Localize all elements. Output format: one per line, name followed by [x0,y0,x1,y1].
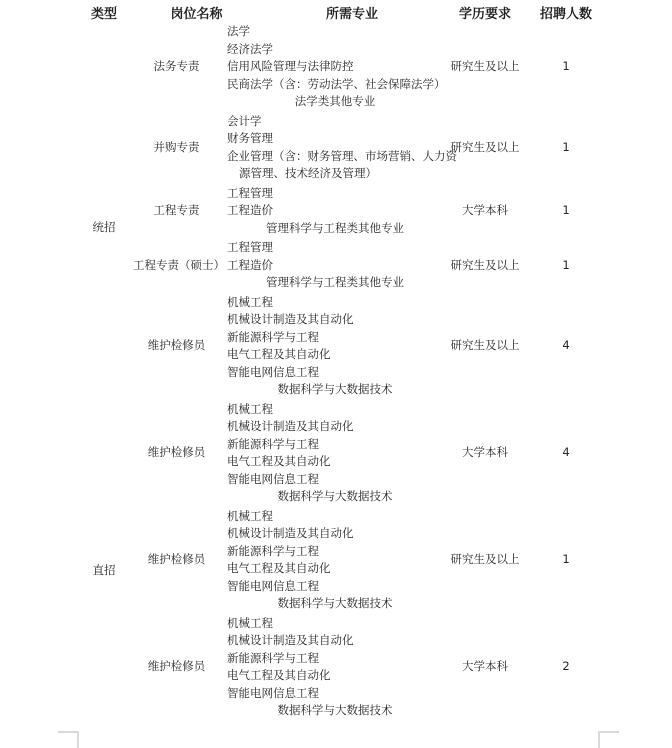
major-line: 管理科学与工程类其他专业 [220,220,450,238]
education-cell: 研究生及以上 [450,238,520,293]
column-header-education: 学历要求 [450,2,520,22]
major-line: 工程造价 [220,257,450,275]
count-cell: 1 [520,112,612,184]
major-line: 机械工程 [220,401,450,419]
majors-cell: 机械工程 机械设计制造及其自动化 新能源科学与工程 电气工程及其自动化 智能电网… [220,507,450,614]
major-line: 新能源科学与工程 [220,543,450,561]
count-cell: 4 [520,293,612,400]
education-cell: 研究生及以上 [450,507,520,614]
table-row: 统招 法务专责 法学 经济法学 信用风险管理与法律防控 民商法学（含：劳动法学、… [75,22,612,112]
count-cell: 2 [520,614,612,721]
major-line: 智能电网信息工程 [220,471,450,489]
major-line: 机械设计制造及其自动化 [220,418,450,436]
majors-cell: 机械工程 机械设计制造及其自动化 新能源科学与工程 电气工程及其自动化 智能电网… [220,614,450,721]
column-header-education-label: 学历要求 [459,7,511,22]
count-cell: 1 [520,238,612,293]
education-cell: 研究生及以上 [450,112,520,184]
column-header-count-label: 招聘人数 [540,7,592,22]
section-label: 统招 [75,219,133,237]
major-line: 电气工程及其自动化 [220,560,450,578]
major-line: 财务管理 [220,130,450,148]
majors-cell: 工程管理 工程造价 管理科学与工程类其他专业 [220,184,450,239]
major-line: 新能源科学与工程 [220,650,450,668]
majors-cell: 法学 经济法学 信用风险管理与法律防控 民商法学（含：劳动法学、社会保障法学） … [220,22,450,112]
column-header-count: 招聘人数 [520,2,612,22]
major-line: 新能源科学与工程 [220,436,450,454]
major-line: 法学 [220,23,450,41]
major-line: 会计学 [220,113,450,131]
major-line: 机械设计制造及其自动化 [220,311,450,329]
education-cell: 研究生及以上 [450,22,520,112]
major-line: 数据科学与大数据技术 [220,595,450,613]
majors-cell: 机械工程 机械设计制造及其自动化 新能源科学与工程 电气工程及其自动化 智能电网… [220,400,450,507]
recruitment-table: 类型 岗位名称 所需专业 学历要求 招聘人数 统招 法务专责 法学 经济法学 信… [75,2,612,721]
position-cell: 并购专责 [133,112,220,184]
major-line: 民商法学（含：劳动法学、社会保障法学） [220,76,450,94]
column-header-majors: 所需专业 [220,2,450,22]
education-cell: 研究生及以上 [450,293,520,400]
table-row: 维护检修员 机械工程 机械设计制造及其自动化 新能源科学与工程 电气工程及其自动… [75,293,612,400]
table-header-row: 类型 岗位名称 所需专业 学历要求 招聘人数 [75,2,612,22]
column-header-majors-label: 所需专业 [326,7,378,22]
education-cell: 大学本科 [450,400,520,507]
table-row: 维护检修员 机械工程 机械设计制造及其自动化 新能源科学与工程 电气工程及其自动… [75,400,612,507]
major-line: 工程造价 [220,202,450,220]
table-row: 工程专责（硕士） 工程管理 工程造价 管理科学与工程类其他专业 研究生及以上 1 [75,238,612,293]
major-line: 电气工程及其自动化 [220,453,450,471]
major-line: 企业管理（含：财务管理、市场营销、人力资 [220,148,450,166]
document-page: 类型 岗位名称 所需专业 学历要求 招聘人数 统招 法务专责 法学 经济法学 信… [0,0,672,748]
majors-cell: 会计学 财务管理 企业管理（含：财务管理、市场营销、人力资 源管理、技术经济及管… [220,112,450,184]
education-cell: 大学本科 [450,614,520,721]
column-header-type: 类型 [75,2,133,22]
major-line: 数据科学与大数据技术 [220,488,450,506]
major-line: 智能电网信息工程 [220,364,450,382]
major-line: 机械工程 [220,615,450,633]
position-cell: 工程专责（硕士） [133,238,220,293]
major-line: 源管理、技术经济及管理） [220,165,450,183]
column-header-type-label: 类型 [91,7,117,22]
position-cell: 法务专责 [133,22,220,112]
majors-cell: 工程管理 工程造价 管理科学与工程类其他专业 [220,238,450,293]
column-header-position: 岗位名称 [133,2,220,22]
next-page-corner-mark-right [598,731,619,748]
position-cell: 维护检修员 [133,614,220,721]
major-line: 智能电网信息工程 [220,685,450,703]
count-cell: 1 [520,507,612,614]
majors-cell: 机械工程 机械设计制造及其自动化 新能源科学与工程 电气工程及其自动化 智能电网… [220,293,450,400]
major-line: 数据科学与大数据技术 [220,381,450,399]
major-line: 法学类其他专业 [220,93,450,111]
position-cell: 工程专责 [133,184,220,239]
major-line: 机械工程 [220,294,450,312]
major-line: 经济法学 [220,41,450,59]
position-cell: 维护检修员 [133,507,220,614]
column-header-position-label: 岗位名称 [170,7,222,22]
position-cell: 维护检修员 [133,293,220,400]
type-cell-tongzhao: 统招 [75,22,133,507]
major-line: 机械设计制造及其自动化 [220,525,450,543]
section-label: 直招 [75,562,133,580]
education-cell: 大学本科 [450,184,520,239]
major-line: 新能源科学与工程 [220,329,450,347]
major-line: 工程管理 [220,185,450,203]
major-line: 电气工程及其自动化 [220,346,450,364]
count-cell: 1 [520,22,612,112]
table-row: 工程专责 工程管理 工程造价 管理科学与工程类其他专业 大学本科 1 [75,184,612,239]
table-row: 并购专责 会计学 财务管理 企业管理（含：财务管理、市场营销、人力资 源管理、技… [75,112,612,184]
major-line: 电气工程及其自动化 [220,667,450,685]
next-page-corner-mark-left [58,731,79,748]
major-line: 数据科学与大数据技术 [220,702,450,720]
table-row: 直招 维护检修员 机械工程 机械设计制造及其自动化 新能源科学与工程 电气工程及… [75,507,612,614]
major-line: 机械设计制造及其自动化 [220,632,450,650]
position-cell: 维护检修员 [133,400,220,507]
count-cell: 1 [520,184,612,239]
major-line: 信用风险管理与法律防控 [220,58,450,76]
table-row: 维护检修员 机械工程 机械设计制造及其自动化 新能源科学与工程 电气工程及其自动… [75,614,612,721]
count-cell: 4 [520,400,612,507]
major-line: 智能电网信息工程 [220,578,450,596]
major-line: 管理科学与工程类其他专业 [220,274,450,292]
major-line: 机械工程 [220,508,450,526]
major-line: 工程管理 [220,239,450,257]
type-cell-zhizhao: 直招 [75,507,133,721]
